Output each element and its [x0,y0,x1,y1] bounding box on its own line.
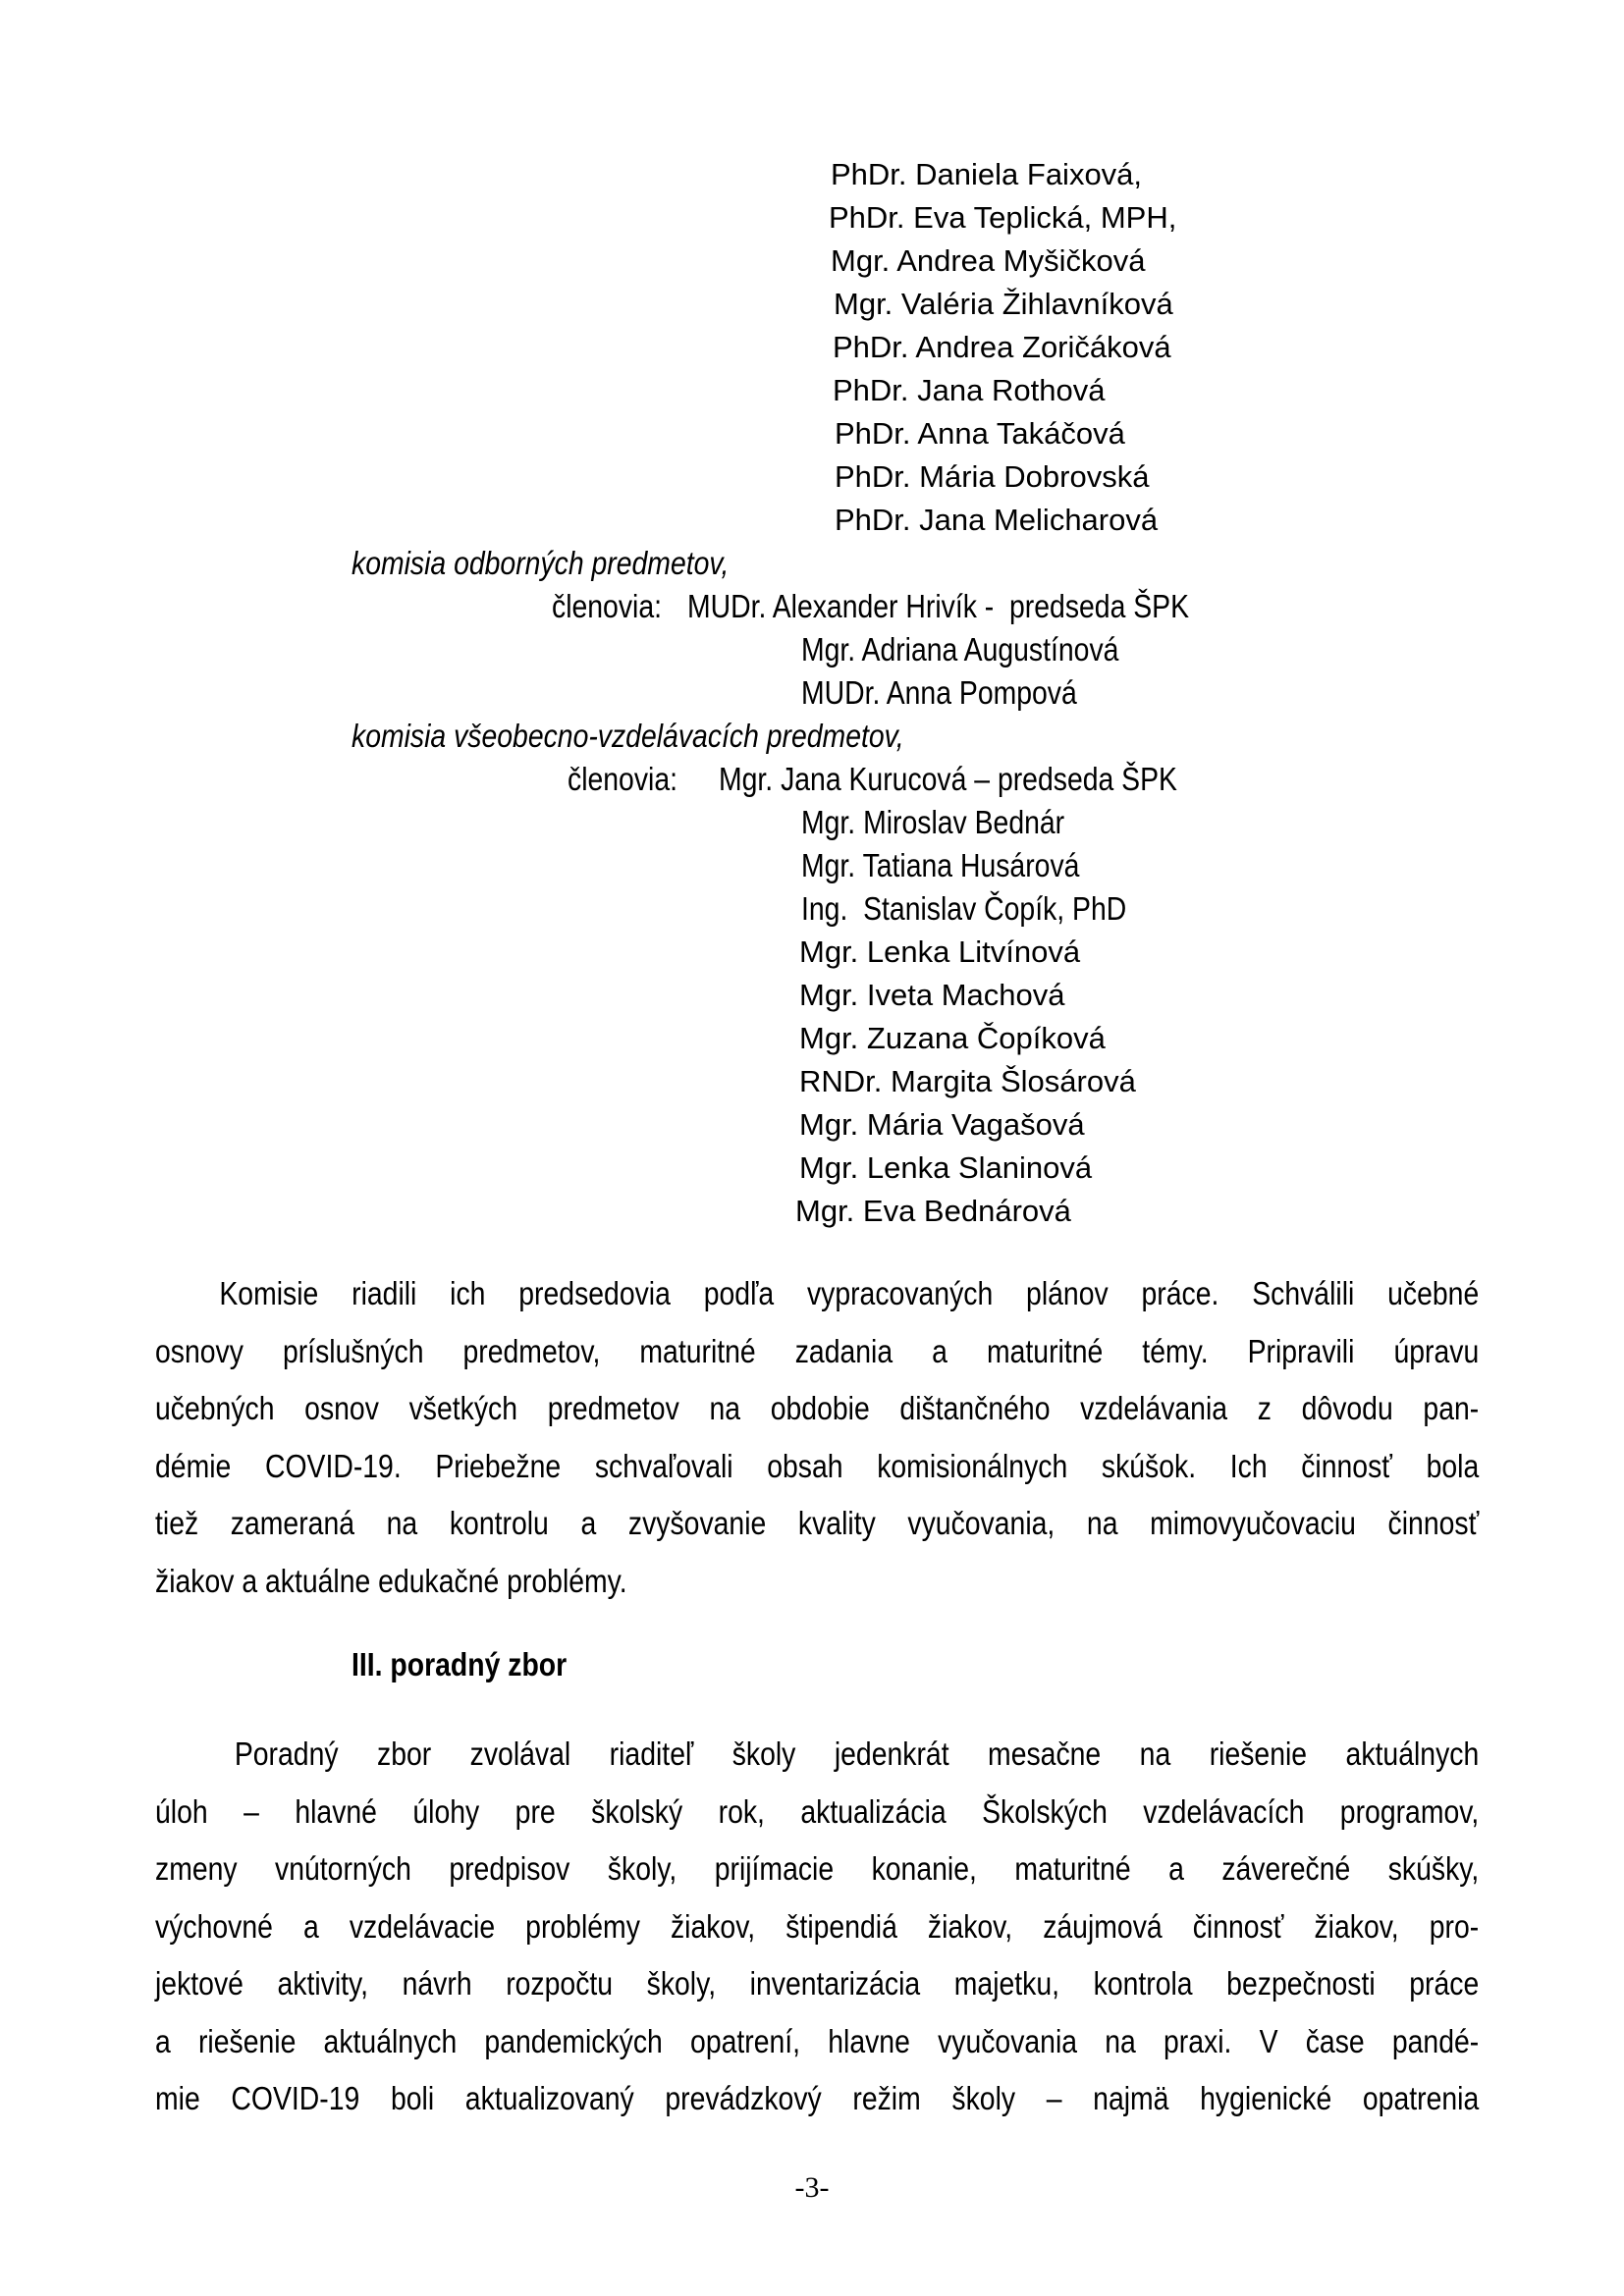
paragraph-line: jektové aktivity, návrh rozpočtu školy, … [155,1966,1479,2024]
commission-title-professional: komisia odborných predmetov, [352,546,729,581]
member-name: MUDr. Anna Pompová [801,675,1077,711]
member-name: PhDr. Andrea Zoričáková [833,330,1171,365]
page-number: -3- [0,2171,1624,2205]
member-name: Mgr. Mária Vagašová [799,1107,1085,1143]
paragraph-line: osnovy príslušných predmetov, maturitné … [155,1334,1479,1392]
member-name: Mgr. Eva Bednárová [795,1194,1071,1229]
members-label: členovia: [568,762,677,797]
member-name: PhDr. Anna Takáčová [835,416,1125,452]
member-name: PhDr. Daniela Faixová, [831,157,1142,192]
paragraph-line: Poradný zbor zvolával riaditeľ školy jed… [155,1736,1479,1794]
section-heading: III. poradný zbor [352,1646,567,1683]
member-name: Mgr. Lenka Litvínová [799,934,1080,970]
paragraph-line: tiež zameraná na kontrolu a zvyšovanie k… [155,1506,1479,1564]
member-name: PhDr. Eva Teplická, MPH, [829,200,1176,236]
members-label: členovia: [552,589,662,624]
paragraph-line: Komisie riadili ich predsedovia podľa vy… [155,1276,1479,1334]
paragraph-line: zmeny vnútorných predpisov školy, prijím… [155,1851,1479,1909]
paragraph-advisory-board: Poradný zbor zvolával riaditeľ školy jed… [155,1736,1479,2139]
paragraph-line: mie COVID-19 boli aktualizovaný prevádzk… [155,2081,1479,2139]
paragraph-line: žiakov a aktuálne edukačné problémy. [155,1564,1479,1622]
member-name: Mgr. Andrea Myšičková [831,243,1145,279]
paragraph-line: démie COVID-19. Priebežne schvaľovali ob… [155,1449,1479,1507]
member-name: Mgr. Miroslav Bednár [801,805,1064,840]
member-name: Mgr. Zuzana Čopíková [799,1021,1106,1056]
member-name: Mgr. Tatiana Husárová [801,848,1079,883]
commission-chair: Mgr. Jana Kurucová – predseda ŠPK [719,762,1177,797]
member-name: PhDr. Mária Dobrovská [835,459,1149,495]
member-name: PhDr. Jana Rothová [833,373,1105,408]
paragraph-line: výchovné a vzdelávacie problémy žiakov, … [155,1909,1479,1967]
member-name: Mgr. Lenka Slaninová [799,1150,1092,1186]
member-name: Ing. Stanislav Čopík, PhD [801,891,1126,927]
paragraph-commissions: Komisie riadili ich predsedovia podľa vy… [155,1276,1479,1621]
paragraph-line: a riešenie aktuálnych pandemických opatr… [155,2024,1479,2082]
member-name: Mgr. Valéria Žihlavníková [834,287,1173,322]
paragraph-line: úloh – hlavné úlohy pre školský rok, akt… [155,1794,1479,1852]
commission-chair: MUDr. Alexander Hrivík - predseda ŠPK [687,589,1189,624]
document-page: PhDr. Daniela Faixová, PhDr. Eva Teplick… [0,0,1624,2296]
paragraph-line: učebných osnov všetkých predmetov na obd… [155,1391,1479,1449]
member-name: Mgr. Adriana Augustínová [801,632,1118,667]
member-name: PhDr. Jana Melicharová [835,503,1158,538]
commission-title-general: komisia všeobecno-vzdelávacích predmetov… [352,719,904,754]
member-name: Mgr. Iveta Machová [799,978,1065,1013]
member-name: RNDr. Margita Šlosárová [799,1064,1136,1099]
